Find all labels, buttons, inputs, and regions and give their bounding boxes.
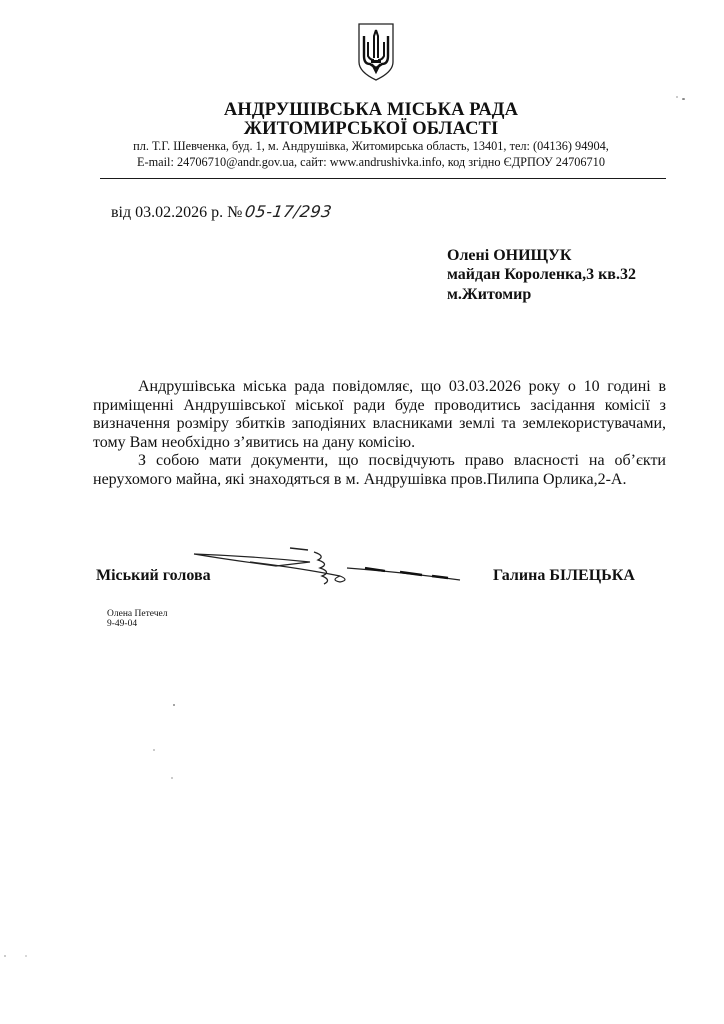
handwritten-signature-icon: [190, 540, 490, 590]
letterhead-divider: [100, 178, 666, 179]
recipient-city: м.Житомир: [447, 286, 531, 304]
scan-speck: [676, 96, 678, 98]
scan-speck: [4, 955, 6, 957]
scan-speck: [171, 777, 173, 779]
executor-phone: 9-49-04: [107, 619, 137, 629]
recipient-street: майдан Короленка,3 кв.32: [447, 266, 636, 284]
reference-date: від 03.02.2026 р. №: [111, 204, 242, 221]
letter-body: Андрушівська міська рада повідомляє, що …: [93, 378, 666, 490]
organization-address: пл. Т.Г. Шевченка, буд. 1, м. Андрушівка…: [0, 139, 724, 154]
recipient-name: Олені ОНИЩУК: [447, 247, 571, 265]
body-paragraph-2: З собою мати документи, що посвідчують п…: [93, 452, 666, 489]
body-paragraph-1: Андрушівська міська рада повідомляє, що …: [93, 378, 666, 452]
organization-name: АНДРУШІВСЬКА МІСЬКА РАДА: [0, 100, 724, 121]
executor-name: Олена Петечел: [107, 609, 167, 619]
trident-coat-of-arms-icon: [356, 22, 396, 82]
organization-region: ЖИТОМИРСЬКОЇ ОБЛАСТІ: [0, 119, 724, 140]
scan-speck: [25, 955, 27, 957]
signatory-name: Галина БІЛЕЦЬКА: [493, 567, 635, 585]
scan-speck: [173, 704, 175, 706]
handwritten-reference-number: 05-17/293: [244, 202, 334, 221]
organization-contacts: E-mail: 24706710@andr.gov.ua, сайт: www.…: [0, 155, 724, 170]
scan-speck: [153, 749, 155, 751]
document-reference: від 03.02.2026 р. №05-17/293: [111, 202, 332, 222]
scan-speck: [682, 98, 685, 100]
